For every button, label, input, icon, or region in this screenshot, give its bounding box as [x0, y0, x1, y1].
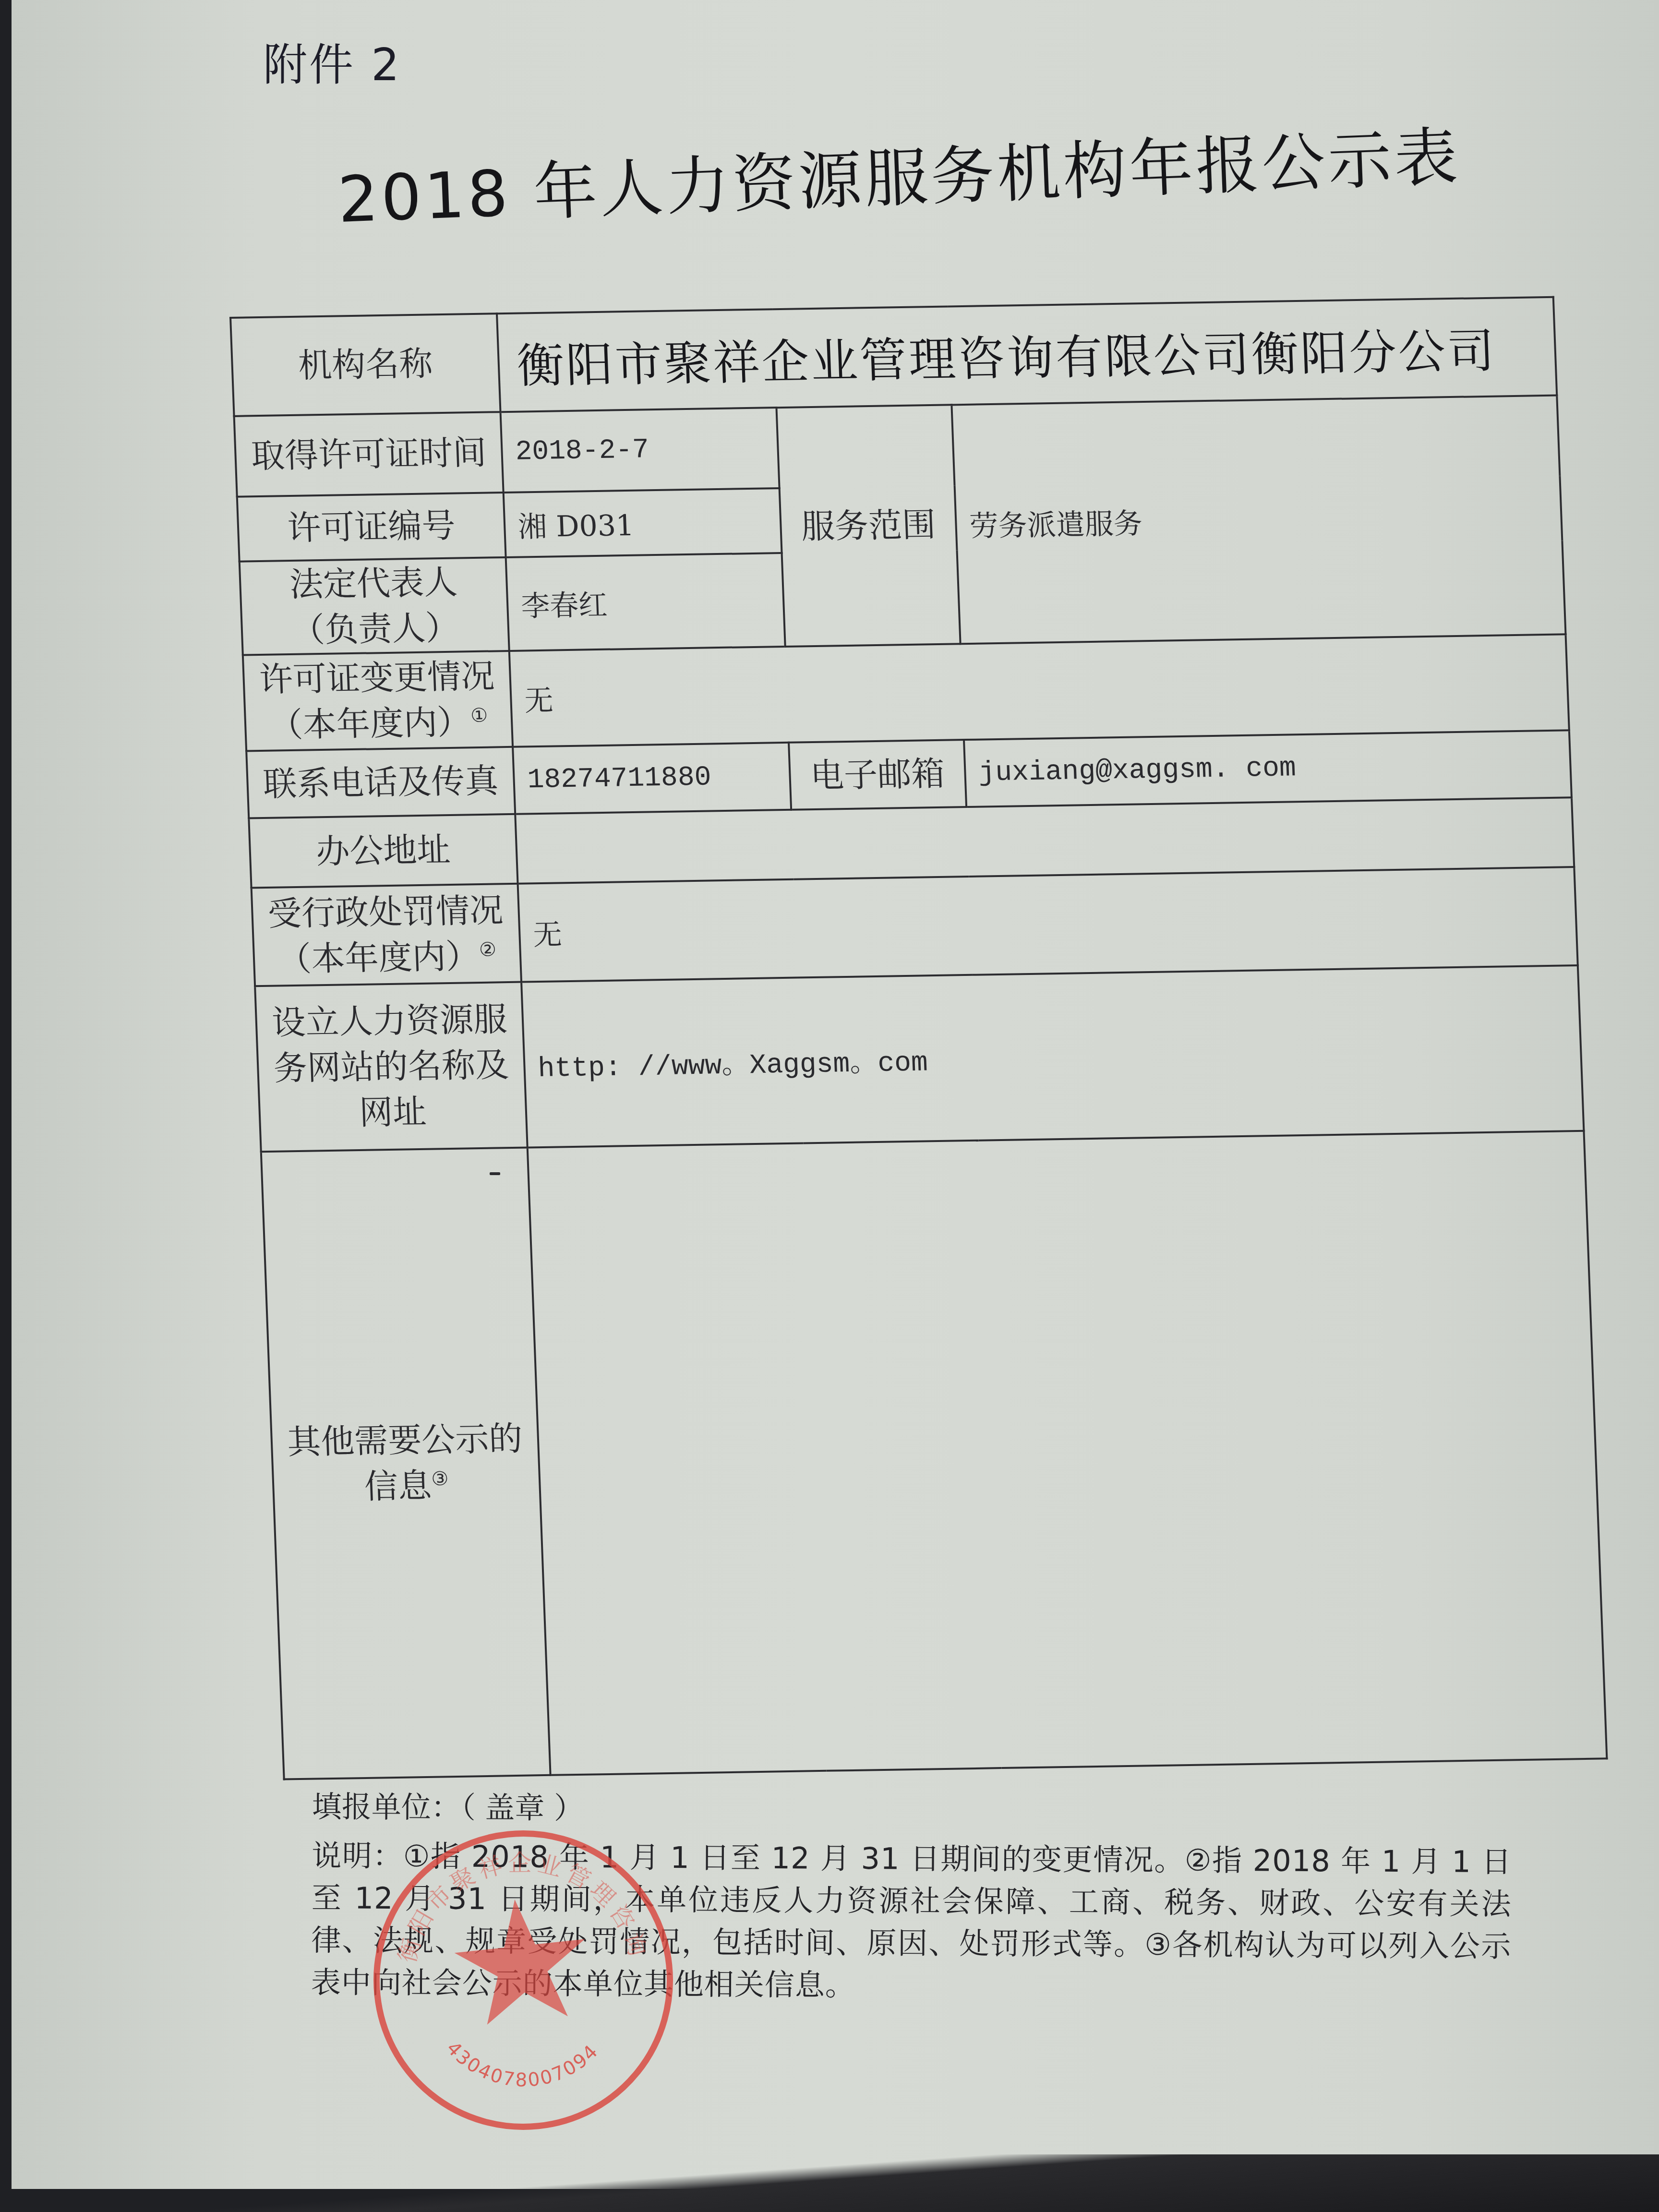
- other-info-label: 其他需要公示的 信息③: [261, 1147, 551, 1779]
- form-table: 机构名称 衡阳市聚祥企业管理咨询有限公司衡阳分公司 取得许可证时间 2018-2…: [229, 296, 1608, 1780]
- other-info-value: [528, 1131, 1607, 1775]
- penalties-label-line1: 受行政处罚情况: [252, 887, 518, 937]
- website-label-line2: 务网站的名称及: [258, 1042, 524, 1092]
- seal-number: 4304078007094: [441, 2023, 606, 2100]
- license-changes-label: 许可证变更情况 （本年度内）①: [243, 651, 513, 751]
- service-scope-label: 服务范围: [776, 405, 960, 647]
- row-website: 设立人力资源服 务网站的名称及 网址 http: //www。Xaggsm。co…: [255, 965, 1584, 1152]
- footnote-marker-1: ①: [470, 704, 488, 727]
- license-no-value: 湘 D031: [504, 488, 782, 557]
- contact-value: 18274711880: [513, 743, 791, 814]
- email-value: juxiang@xaggsm. com: [964, 730, 1572, 807]
- org-name-label: 机构名称: [230, 313, 500, 416]
- legal-rep-label: 法定代表人 （负责人）: [240, 557, 509, 655]
- legal-rep-value: 李春红: [506, 553, 785, 651]
- website-value: http: //www。Xaggsm。com: [521, 965, 1584, 1147]
- other-info-label-line2-text: 信息: [364, 1466, 433, 1506]
- company-seal-icon: 衡阳市聚祥企业管理咨询有限公司衡阳分公司 4304078007094: [352, 1809, 695, 2152]
- license-changes-label-line2-text: （本年度内）: [268, 702, 471, 745]
- service-scope-value: 劳务派遣服务: [951, 396, 1565, 644]
- contact-label: 联系电话及传真: [246, 747, 515, 818]
- org-name-value: 衡阳市聚祥企业管理咨询有限公司衡阳分公司: [497, 297, 1557, 412]
- license-no-label: 许可证编号: [237, 493, 506, 562]
- footnote-marker-2: ②: [479, 938, 497, 961]
- website-label-line3: 网址: [260, 1088, 526, 1138]
- row-other-info: 其他需要公示的 信息③: [261, 1131, 1607, 1779]
- pen-mark: [490, 1172, 500, 1175]
- other-info-label-line2: 信息③: [274, 1461, 540, 1511]
- email-label: 电子邮箱: [789, 740, 966, 810]
- photo-shadow: [0, 2154, 1659, 2212]
- office-address-label: 办公地址: [249, 814, 517, 888]
- penalties-label-line2-text: （本年度内）: [277, 937, 480, 979]
- license-changes-value: 无: [509, 634, 1569, 746]
- license-changes-label-line1: 许可证变更情况: [244, 653, 510, 703]
- legal-rep-label-line2: （负责人）: [242, 604, 508, 654]
- footnote-marker-3: ③: [431, 1468, 449, 1491]
- website-label: 设立人力资源服 务网站的名称及 网址: [255, 982, 528, 1152]
- license-date-value: 2018-2-7: [501, 408, 780, 493]
- penalties-label: 受行政处罚情况 （本年度内）②: [252, 884, 521, 986]
- svg-text:4304078007094: 4304078007094: [441, 2023, 606, 2100]
- other-info-label-line1: 其他需要公示的: [272, 1416, 538, 1466]
- attachment-label: 附件 2: [263, 30, 401, 93]
- legal-rep-label-line1: 法定代表人: [240, 559, 506, 609]
- annual-report-form: 机构名称 衡阳市聚祥企业管理咨询有限公司衡阳分公司 取得许可证时间 2018-2…: [229, 296, 1608, 1780]
- website-label-line1: 设立人力资源服: [256, 997, 522, 1046]
- penalties-value: 无: [518, 867, 1578, 982]
- penalties-label-line2: （本年度内）②: [254, 933, 520, 983]
- license-date-label: 取得许可证时间: [234, 412, 504, 497]
- license-changes-label-line2: （本年度内）①: [246, 699, 512, 749]
